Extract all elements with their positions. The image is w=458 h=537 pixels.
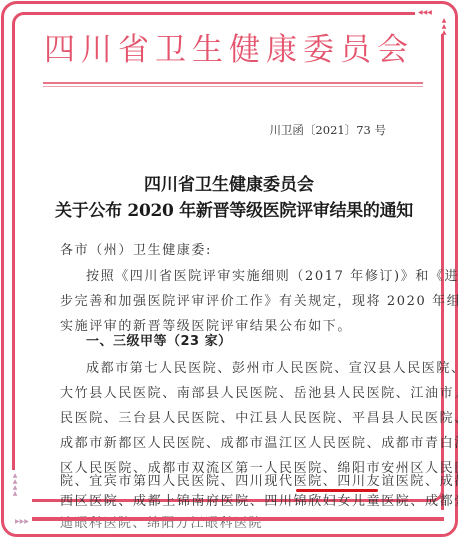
- hospital-list-line: 院、宜宾市第四人民医院、四川现代医院、四川友谊医院、成都: [60, 473, 458, 491]
- hospital-list-line: 大竹县人民医院、南部县人民医院、岳池县人民医院、江油市人: [60, 385, 458, 403]
- salutation: 各市（州）卫生健康委:: [60, 242, 212, 260]
- document-title-line1: 四川省卫生健康委员会: [0, 170, 458, 195]
- hospital-list-line: 民医院、三台县人民医院、中江县人民医院、平昌县人民医院、: [60, 410, 458, 428]
- document-number: 川卫函〔2021〕73 号: [269, 122, 386, 138]
- letterhead-title: 四川省卫生健康委员会: [0, 30, 458, 70]
- body-paragraph-line: 按照《四川省医院评审实施细则（2017 年修订)》和《进一: [86, 268, 458, 286]
- inner-frame-left: [12, 40, 15, 470]
- arrow-decoration-bottom-left-vertical: ▲ ▲ ▲ ▲: [12, 473, 18, 497]
- document-title-line2: 关于公布 2020 年新晋等级医院评审结果的通知: [5, 196, 458, 221]
- section-heading: 一、三级甲等（23 家）: [86, 333, 232, 351]
- bottom-frame-strike: [32, 517, 444, 521]
- inner-frame-top: [22, 12, 415, 15]
- triangle-up-icon: ▲: [12, 491, 18, 497]
- arrow-decoration-bottom-left: ▶▶▶: [15, 519, 29, 525]
- letterhead-rule-thick: [43, 82, 423, 84]
- letterhead-rule-thin: [43, 86, 423, 87]
- hospital-list-line: 成都市第七人民医院、彭州市人民医院、宣汉县人民医院、: [86, 360, 458, 378]
- arrow-decoration-top-right: ◀◀◀: [418, 10, 432, 16]
- hospital-list-line-cut: 迪眼科医院、绵阳万江眼科医院: [60, 512, 263, 531]
- hospital-list-line: 西区医院、成都上锦南府医院、四川锦欣妇女儿童医院、成都爱: [60, 493, 458, 511]
- body-paragraph-line: 步完善和加强医院评审评价工作》有关规定，现将 2020 年组织: [60, 293, 458, 311]
- hospital-list-line: 成都市新都区人民医院、成都市温江区人民医院、成都市青白江: [60, 435, 458, 453]
- highlight-underline: [296, 489, 378, 492]
